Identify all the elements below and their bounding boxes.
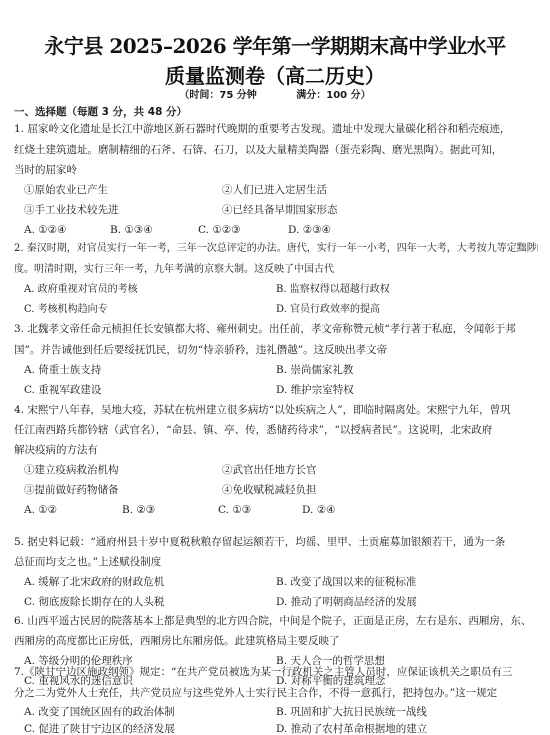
q4-line: 4. 宋熙宁八年春，吴地大疫，苏轼在杭州建立很多病坊“以处疾病之人”，即临时隔离… [14, 403, 538, 417]
q2-line: 2. 秦汉时期，对官员实行一年一考，三年一次总评定的办法。唐代，实行一年一小考，… [14, 242, 538, 256]
exam-score: 满分：100 分） [296, 90, 370, 101]
q7-option-a: A. 改变了国统区固有的政治体制 [24, 705, 175, 719]
q1-line: 红烧土建筑遗址。磨制精细的石斧、石锛、石刀，以及大量精美陶器（蛋壳彩陶、磨光黑陶… [14, 143, 538, 157]
q1-option-a: A. ①②④ [24, 223, 67, 237]
exam-title-line2: 质量监测卷（高二历史） [0, 60, 550, 89]
q1-line: 当时的屈家岭 [14, 163, 538, 177]
q2-line: 度。明清时期，实行三年一考，九年考满的京察大制。这反映了中国古代 [14, 263, 538, 277]
q1-item: ③手工业技术较先进 [24, 203, 119, 217]
q7-option-b: B. 巩固和扩大抗日民族统一战线 [276, 705, 427, 719]
q4-option-b: B. ②③ [122, 503, 155, 517]
q2-option-b: B. 监察权得以超越行政权 [276, 283, 390, 297]
q5-option-c: C. 彻底废除长期存在的人头税 [24, 595, 164, 609]
q3-line: 国”。并告诫他到任后要绥抚饥民，切勿“恃亲骄矜，违礼僭越”。这反映出孝文帝 [14, 343, 538, 357]
section-title: 一、选择题（每题 3 分，共 48 分） [14, 104, 187, 119]
q3-option-d: D. 维护宗室特权 [276, 383, 354, 397]
q3-option-b: B. 崇尚儒家礼教 [276, 363, 353, 377]
q5-line: 5. 据史料记载：“通府州县十岁中夏税秋粮存留起运额若干，均徭、里甲、土贡雇募加… [14, 535, 538, 549]
q1-option-d: D. ②③④ [288, 223, 331, 237]
q5-line: 总征而均支之也。”上述赋役制度 [14, 555, 538, 569]
exam-time: （时间：75 分钟 [179, 90, 256, 101]
q1-item: ④已经具备早期国家形态 [222, 203, 338, 217]
q4-option-a: A. ①② [24, 503, 57, 517]
q1-option-c: C. ①②③ [198, 223, 241, 237]
q6-line: 6. 山西平遥古民居的院落基本上都是典型的北方四合院，中间是个院子，正面是正房，… [14, 614, 538, 628]
q4-item: ④免收赋税减轻负担 [222, 483, 317, 497]
q6-line: 西厢房的高度都比正房低，西厢房比东厢房低。此建筑格局主要反映了 [14, 634, 538, 648]
q7-option-c: C. 促进了陕甘宁边区的经济发展 [24, 722, 175, 735]
q7-line: 分之二为党外人士充任，共产党员应与这些党外人士实行民主合作，不得一意孤行，把持包… [14, 686, 538, 700]
q1-item: ②人们已进入定居生活 [222, 183, 327, 197]
q4-option-c: C. ①③ [218, 503, 251, 517]
q5-option-b: B. 改变了战国以来的征税标准 [276, 575, 416, 589]
q2-option-c: C. 考核机构趋向专 [24, 303, 108, 317]
q4-line: 任江南西路兵都钤辖（武官名），“命县、镇、亭、传，悉储药待求”，“以授病者民”。… [14, 423, 538, 437]
exam-title-line1: 永宁县 2025–2026 学年第一学期期末高中学业水平 [0, 30, 550, 59]
q3-option-a: A. 倚重士族支持 [24, 363, 101, 377]
q1-line: 1. 屈家岭文化遗址是长江中游地区新石器时代晚期的重要考古发现。遗址中发现大量碳… [14, 122, 538, 136]
q2-option-d: D. 官员行政效率的提高 [276, 303, 380, 317]
q4-item: ②武官出任地方长官 [222, 463, 317, 477]
q7-line: 7.《陕甘宁边区施政纲领》规定：“在共产党员被选为某一行政机关之主管人员时，应保… [14, 665, 538, 679]
q5-option-a: A. 缓解了北宋政府的财政危机 [24, 575, 164, 589]
q4-option-d: D. ②④ [302, 503, 336, 517]
q4-item: ③提前做好药物储备 [24, 483, 119, 497]
q7-option-d: D. 推动了农村革命根据地的建立 [276, 722, 427, 735]
exam-meta: （时间：75 分钟 满分：100 分） [0, 86, 550, 101]
q4-item: ①建立疫病救治机构 [24, 463, 119, 477]
q1-item: ①原始农业已产生 [24, 183, 108, 197]
q3-line: 3. 北魏孝文帝任命元桢担任长安镇都大将、雍州刺史。出任前，孝文帝称赞元桢“孝行… [14, 322, 538, 336]
q4-line: 解决疫病的方法有 [14, 443, 538, 457]
q3-option-c: C. 重视军政建设 [24, 383, 101, 397]
q1-option-b: B. ①③④ [110, 223, 153, 237]
q5-option-d: D. 推动了明朝商品经济的发展 [276, 595, 417, 609]
q2-option-a: A. 政府重视对官员的考核 [24, 283, 138, 297]
